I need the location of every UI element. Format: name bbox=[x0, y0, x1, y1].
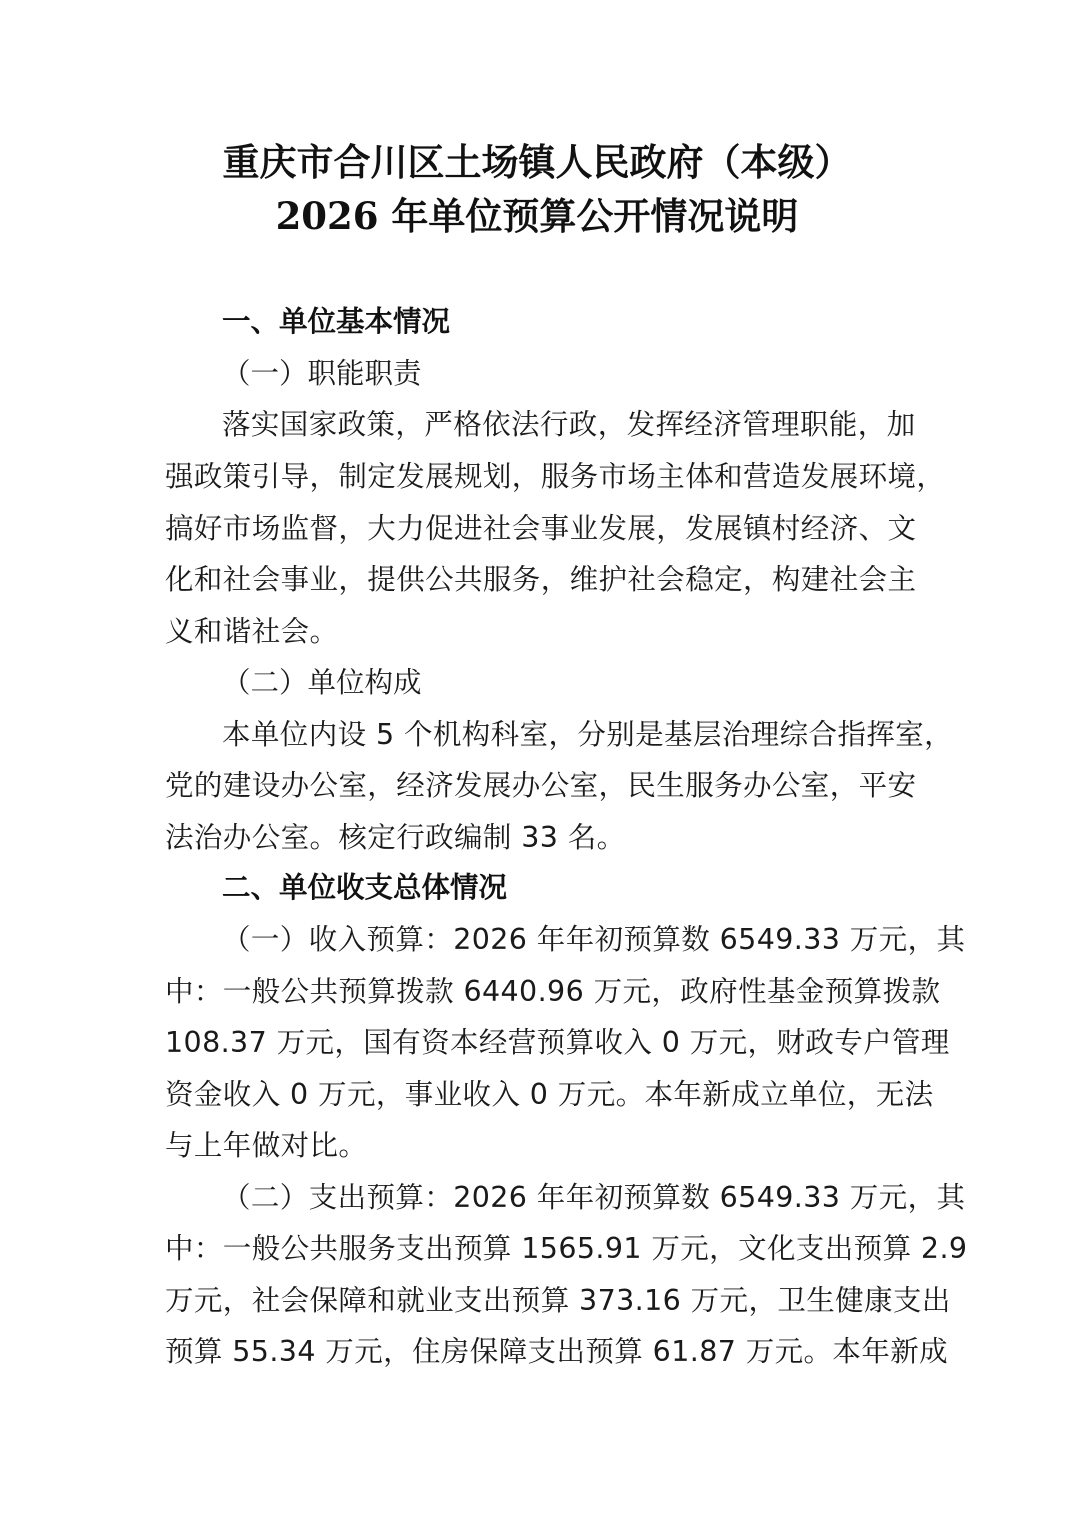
paragraph-line: 党的建设办公室，经济发展办公室，民生服务办公室，平安 bbox=[165, 760, 912, 812]
section1-heading: 一、单位基本情况 bbox=[222, 296, 450, 348]
document-page: 重庆市合川区土场镇人民政府（本级） 2026 年单位预算公开情况说明 一、单位基… bbox=[0, 0, 1074, 1520]
paragraph-line: 中：一般公共预算拨款 6440.96 万元，政府性基金预算拨款 bbox=[165, 966, 912, 1018]
document-title-line2: 2026 年单位预算公开情况说明 bbox=[0, 188, 1074, 244]
paragraph-line: 与上年做对比。 bbox=[165, 1120, 912, 1172]
paragraph-line: 化和社会事业，提供公共服务，维护社会稳定，构建社会主 bbox=[165, 554, 912, 606]
paragraph-line: 落实国家政策，严格依法行政，发挥经济管理职能，加 bbox=[222, 399, 912, 451]
paragraph-line: 强政策引导，制定发展规划，服务市场主体和营造发展环境， bbox=[165, 451, 912, 503]
paragraph-line: 108.37 万元，国有资本经营预算收入 0 万元，财政专户管理 bbox=[165, 1017, 912, 1069]
paragraph-line: （一）收入预算：2026 年年初预算数 6549.33 万元，其 bbox=[222, 914, 912, 966]
paragraph-line: 资金收入 0 万元，事业收入 0 万元。本年新成立单位，无法 bbox=[165, 1069, 912, 1121]
paragraph-line: 万元，社会保障和就业支出预算 373.16 万元，卫生健康支出 bbox=[165, 1275, 912, 1327]
paragraph-line: 义和谐社会。 bbox=[165, 606, 912, 658]
section1-sub2-heading: （二）单位构成 bbox=[222, 657, 422, 709]
paragraph-line: 中：一般公共服务支出预算 1565.91 万元，文化支出预算 2.9 bbox=[165, 1223, 912, 1275]
paragraph-line: 预算 55.34 万元，住房保障支出预算 61.87 万元。本年新成 bbox=[165, 1326, 912, 1378]
paragraph-line: （二）支出预算：2026 年年初预算数 6549.33 万元，其 bbox=[222, 1172, 912, 1224]
document-title-line1: 重庆市合川区土场镇人民政府（本级） bbox=[0, 134, 1074, 190]
section1-sub1-heading: （一）职能职责 bbox=[222, 348, 422, 400]
paragraph-line: 搞好市场监督，大力促进社会事业发展，发展镇村经济、文 bbox=[165, 503, 912, 555]
section2-heading: 二、单位收支总体情况 bbox=[222, 862, 507, 914]
paragraph-line: 法治办公室。核定行政编制 33 名。 bbox=[165, 812, 912, 864]
paragraph-line: 本单位内设 5 个机构科室，分别是基层治理综合指挥室， bbox=[222, 709, 912, 761]
